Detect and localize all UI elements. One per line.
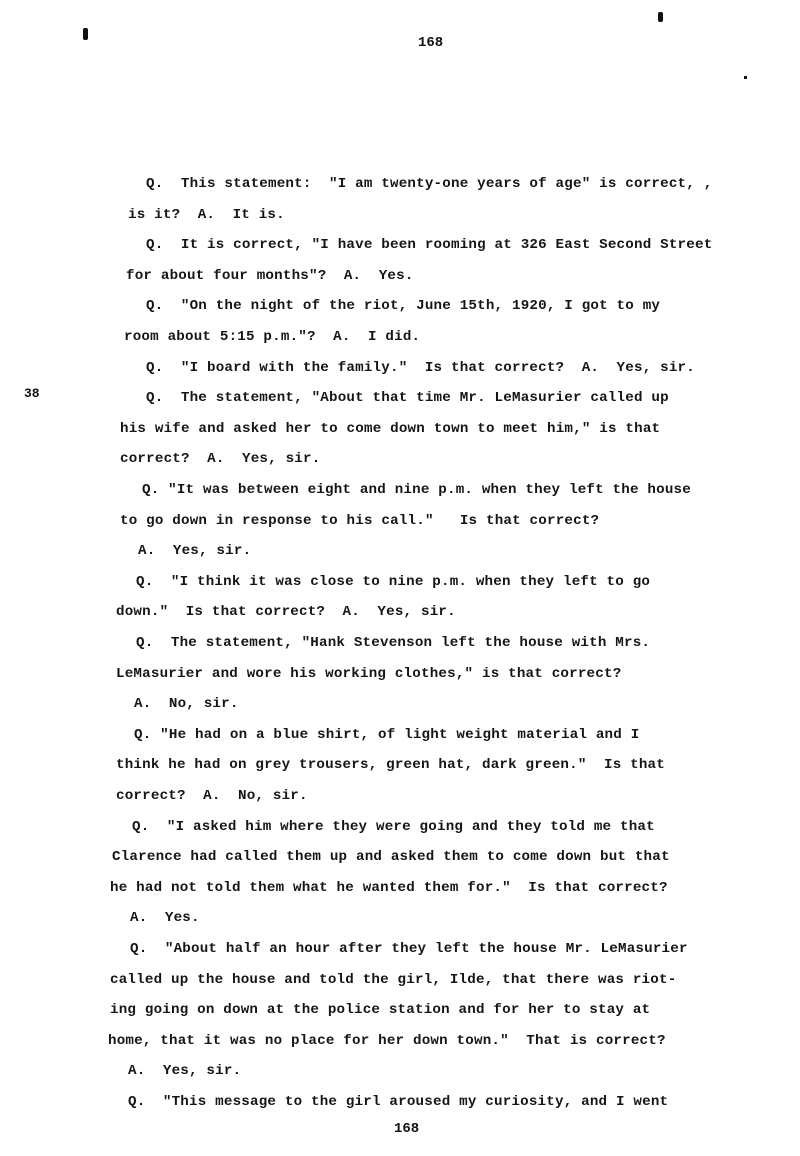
- transcript-line: for about four months"? A. Yes.: [126, 268, 414, 284]
- transcript-line: Clarence had called them up and asked th…: [112, 849, 670, 865]
- transcript-line: Q. "I asked him where they were going an…: [132, 819, 655, 835]
- margin-number: 38: [24, 386, 40, 401]
- page-number-top: 168: [418, 35, 443, 51]
- transcript-line: Q. "He had on a blue shirt, of light wei…: [134, 727, 639, 743]
- transcript-line: A. No, sir.: [134, 696, 239, 712]
- transcript-line: Q. "This message to the girl aroused my …: [128, 1094, 668, 1110]
- transcript-line: he had not told them what he wanted them…: [110, 880, 668, 896]
- transcript-line: to go down in response to his call." Is …: [120, 513, 599, 529]
- transcript-line: is it? A. It is.: [128, 207, 285, 223]
- transcript-line: correct? A. No, sir.: [116, 788, 308, 804]
- transcript-line: home, that it was no place for her down …: [108, 1033, 666, 1049]
- transcript-line: Q. "On the night of the riot, June 15th,…: [146, 298, 660, 314]
- transcript-line: Q. "I think it was close to nine p.m. wh…: [136, 574, 650, 590]
- speck: [744, 76, 747, 79]
- transcript-line: correct? A. Yes, sir.: [120, 451, 320, 467]
- transcript-line: called up the house and told the girl, I…: [110, 972, 676, 988]
- transcript-line: A. Yes, sir.: [128, 1063, 241, 1079]
- transcript-line: ing going on down at the police station …: [110, 1002, 650, 1018]
- transcript-line: LeMasurier and wore his working clothes,…: [116, 666, 621, 682]
- transcript-line: A. Yes, sir.: [138, 543, 251, 559]
- transcript-line: Q. "I board with the family." Is that co…: [146, 360, 695, 376]
- punch-mark-right: [658, 12, 663, 22]
- transcript-line: his wife and asked her to come down town…: [120, 421, 660, 437]
- transcript-line: Q. It is correct, "I have been rooming a…: [146, 237, 712, 253]
- punch-mark-left: [83, 28, 88, 40]
- transcript-line: Q. The statement, "Hank Stevenson left t…: [136, 635, 650, 651]
- transcript-line: Q. "About half an hour after they left t…: [130, 941, 688, 957]
- transcript-line: room about 5:15 p.m."? A. I did.: [124, 329, 420, 345]
- transcript-line: Q. This statement: "I am twenty-one year…: [146, 176, 712, 192]
- transcript-line: down." Is that correct? A. Yes, sir.: [116, 604, 456, 620]
- transcript-line: think he had on grey trousers, green hat…: [116, 757, 665, 773]
- page-number-bottom: 168: [394, 1121, 419, 1137]
- transcript-line: A. Yes.: [130, 910, 200, 926]
- transcript-line: Q. "It was between eight and nine p.m. w…: [142, 482, 691, 498]
- transcript-line: Q. The statement, "About that time Mr. L…: [146, 390, 669, 406]
